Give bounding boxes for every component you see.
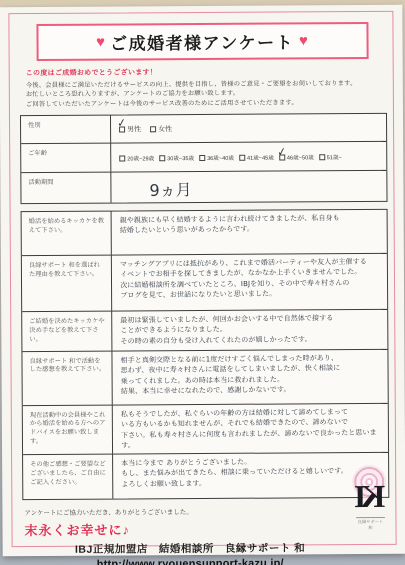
profile-table: 性別 ✓男性女性 ご年齢 20歳~29歳30歳~35歳36歳~40歳41歳~45… — [20, 113, 388, 204]
checkbox-option[interactable]: 51歳~ — [319, 153, 342, 161]
logo-monogram: IK — [354, 480, 386, 512]
survey-paper: ♥ ご成婚者様アンケート ♥ この度はご成婚おめでとうございます！ 今後、会員様… — [0, 5, 405, 556]
handwritten-period: 9ヵ月 — [111, 169, 387, 205]
check-mark: ✓ — [116, 116, 127, 130]
company-url: http://www.ryouensupport-kazu.jp/ — [19, 557, 362, 565]
question-label: 良縁サポート 和で活動をした感想を教えて下さい。 — [22, 351, 112, 405]
checkbox-icon — [199, 155, 205, 161]
survey-title-box: ♥ ご成婚者様アンケート ♥ — [36, 22, 368, 61]
checkbox-option[interactable]: 30歳~35歳 — [159, 154, 194, 162]
checkbox-label: 女性 — [158, 124, 172, 134]
checkbox-option[interactable]: 女性 — [150, 124, 172, 134]
checkbox-icon — [119, 155, 125, 161]
logo-subtext: 良縁サポート 和 — [356, 517, 385, 531]
period-label: 活動期間 — [21, 173, 111, 204]
intro-line-3: ご回答していただいたアンケートは今後のサービス改善のためにご活用させていただきま… — [26, 98, 387, 110]
checkbox-label: 男性 — [127, 125, 141, 135]
heart-icon: ♥ — [299, 32, 308, 49]
questions-table: 婚活を始めるキッカケを教えて下さい。 親や親族にも早く結婚するように言われ続けて… — [21, 209, 390, 500]
checkbox-label: 51歳~ — [327, 153, 342, 161]
checkbox-option[interactable]: 36歳~40歳 — [199, 154, 234, 162]
checkbox-label: 46歳~50歳 — [287, 153, 314, 161]
checkbox-option[interactable]: ✓男性 — [119, 125, 141, 135]
checkbox-option[interactable]: 20歳~29歳 — [119, 154, 154, 162]
question-label: ご結婚を決めたキッカケや決め手などを教えて下さい。 — [22, 312, 112, 351]
age-label: ご年齢 — [21, 144, 111, 173]
checkbox-option[interactable]: ✓46歳~50歳 — [279, 153, 314, 161]
company-logo: IK 良縁サポート 和 — [343, 464, 391, 536]
survey-question-row: 良縁サポート 和を選ばれた理由を教えて下さい。 マッチングアプリには抵抗があり、… — [22, 253, 387, 311]
best-wishes-line: 末永くお幸せに♪ — [24, 518, 391, 539]
survey-question-row: 良縁サポート 和で活動をした感想を教えて下さい。 相手と真剣交際となる前に1度だ… — [22, 348, 387, 404]
question-label: 良縁サポート 和を選ばれた理由を教えて下さい。 — [22, 256, 112, 312]
checkbox-label: 36歳~40歳 — [207, 154, 234, 162]
heart-icon: ♥ — [96, 34, 105, 51]
survey-question-row: ご結婚を決めたキッカケや決め手などを教えて下さい。 最初は緊張していましたが、何… — [22, 309, 387, 350]
period-row: 活動期間 9ヵ月 — [21, 170, 386, 203]
page-title: ご成婚者様アンケート — [110, 28, 294, 54]
question-label: 現在活動中の会員様やこれから婚活を始める方へのアドバイスをお願い致します。 — [23, 405, 113, 454]
checkbox-icon — [159, 155, 165, 161]
handwritten-answer: 親や親族にも早く結婚するように言われ続けてきましたが、私自身も 結婚したいという… — [112, 209, 387, 255]
question-label: その他ご感想・ご要望などございましたら、ご自由にご記入ください。 — [23, 455, 113, 500]
checkbox-icon — [319, 154, 325, 160]
handwritten-answer: 最初は緊張していましたが、何回かお会いする中で自然体で接する ことができるように… — [112, 309, 387, 350]
handwritten-answer: マッチングアプリには抵抗があり、これまで婚活パーティーや友人が主催する イベント… — [112, 253, 388, 311]
checkbox-label: 30歳~35歳 — [167, 154, 194, 162]
question-label: 婚活を始めるキッカケを教えて下さい。 — [22, 212, 112, 256]
gender-label: 性別 — [21, 116, 111, 144]
closing-thanks-line: アンケートにご協力いただき、ありがとうございました。 — [24, 506, 391, 517]
gender-row: 性別 ✓男性女性 — [21, 114, 386, 143]
check-mark: ✓ — [276, 145, 287, 159]
checkbox-option[interactable]: 41歳~45歳 — [239, 153, 274, 161]
survey-question-row: その他ご感想・ご要望などございましたら、ご自由にご記入ください。 本当に今まで … — [23, 452, 388, 499]
congrats-line: この度はご成婚おめでとうございます！ — [26, 66, 387, 78]
age-row: ご年齢 20歳~29歳30歳~35歳36歳~40歳41歳~45歳✓46歳~50歳… — [21, 141, 386, 172]
checkbox-icon — [239, 155, 245, 161]
handwritten-answer: 私もそうでしたが、私ぐらいの年齢の方は結婚に対して諦めてしまって いる方もいるか… — [113, 402, 389, 454]
age-options: 20歳~29歳30歳~35歳36歳~40歳41歳~45歳✓46歳~50歳51歳~ — [119, 146, 381, 169]
company-name: IBJ正規加盟店 結婚相談所 良縁サポート 和 — [19, 540, 362, 557]
checkbox-icon — [150, 127, 156, 133]
survey-question-row: 現在活動中の会員様やこれから婚活を始める方へのアドバイスをお願い致します。 私も… — [23, 402, 388, 454]
intro-text: この度はご成婚おめでとうございます！ 今後、会員様にご満足いただけるサービスの向… — [26, 66, 387, 109]
checkbox-label: 41歳~45歳 — [247, 153, 274, 161]
gender-options: ✓男性女性 — [119, 118, 381, 140]
survey-question-row: 婚活を始めるキッカケを教えて下さい。 親や親族にも早く結婚するように言われ続けて… — [22, 210, 387, 255]
handwritten-answer: 相手と真剣交際となる前に1度だけすごく悩んでしまった時があり、 思わず、夜中に寿… — [112, 348, 388, 404]
checkbox-label: 20歳~29歳 — [127, 154, 154, 162]
